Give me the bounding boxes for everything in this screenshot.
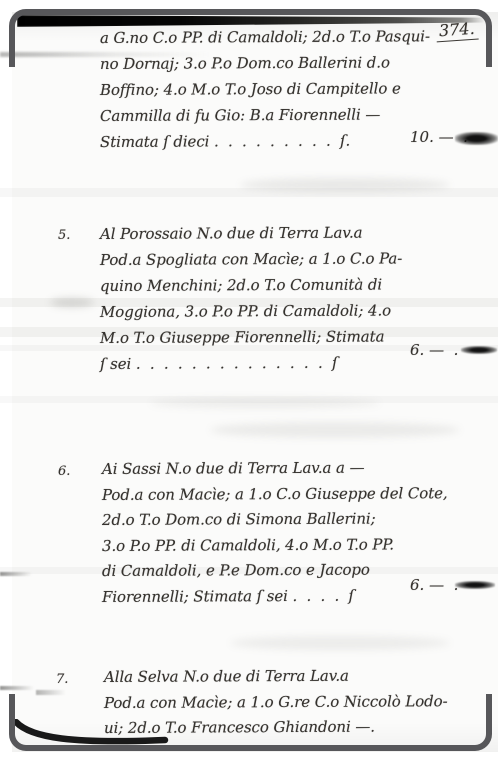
- scan-frame-bottom: [9, 694, 492, 751]
- manuscript-line: Ai Sassi N.o due di Terra Lav.a a —: [102, 455, 472, 482]
- manuscript-line: Boffino; 4.o M.o T.o Joso di Campitello …: [100, 75, 470, 103]
- manuscript-line: Pod.a con Macìe; a 1.o C.o Giuseppe del …: [102, 481, 472, 508]
- ink-smudge: [461, 346, 497, 354]
- manuscript-line: Cammilla di fu Gio: B.a Fiorennelli —: [100, 101, 470, 129]
- manuscript-line: quino Menchini; 2d.o T.o Comunità di: [100, 271, 470, 299]
- manuscript-line: Al Porossaio N.o due di Terra Lav.a: [100, 219, 470, 247]
- entry-value: 6. — .: [410, 341, 458, 359]
- entry-number: 6.: [58, 464, 70, 479]
- manuscript-line: 3.o P.o PP. di Camaldoli, 4.o M.o T.o PP…: [102, 532, 472, 559]
- manuscript-line: Pod.a Spogliata con Macìe; a 1.o C.o Pa-: [100, 245, 470, 273]
- manuscript-line: Alla Selva N.o due di Terra Lav.a: [104, 663, 474, 690]
- ink-smudge: [455, 581, 495, 589]
- ink-smudge: [455, 132, 498, 145]
- margin-mark: [0, 686, 34, 690]
- manuscript-line: 2d.o T.o Dom.co di Simona Ballerini;: [102, 506, 472, 533]
- entry-number: 5.: [58, 228, 70, 243]
- scan-frame-top: [9, 9, 492, 67]
- entry-number: 7.: [56, 672, 68, 687]
- entry-value: 6. — .: [410, 576, 458, 594]
- margin-mark: [0, 572, 32, 576]
- manuscript-scan: 374. a G.no C.o PP. di Camaldoli; 2d.o T…: [0, 0, 498, 760]
- manuscript-line: Moggiona, 3.o P.o PP. di Camaldoli; 4.o: [100, 297, 470, 325]
